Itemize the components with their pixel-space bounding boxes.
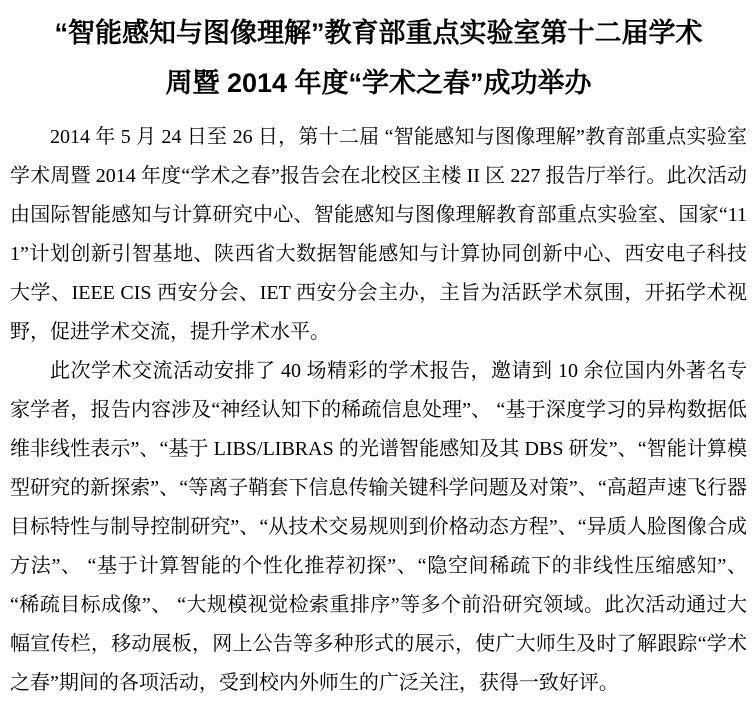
title-line-1: “智能感知与图像理解”教育部重点实验室第十二届学术 — [10, 8, 747, 58]
document-title: “智能感知与图像理解”教育部重点实验室第十二届学术 周暨 2014 年度“学术之… — [10, 8, 747, 108]
paragraph-report-topics: 此次学术交流活动安排了 40 场精彩的学术报告，邀请到 10 余位国内外著名专家… — [10, 352, 747, 703]
paragraph-event-overview: 2014 年 5 月 24 日至 26 日，第十二届 “智能感知与图像理解”教育… — [10, 118, 747, 352]
document-page: “智能感知与图像理解”教育部重点实验室第十二届学术 周暨 2014 年度“学术之… — [0, 0, 756, 713]
title-line-2: 周暨 2014 年度“学术之春”成功举办 — [10, 58, 747, 108]
